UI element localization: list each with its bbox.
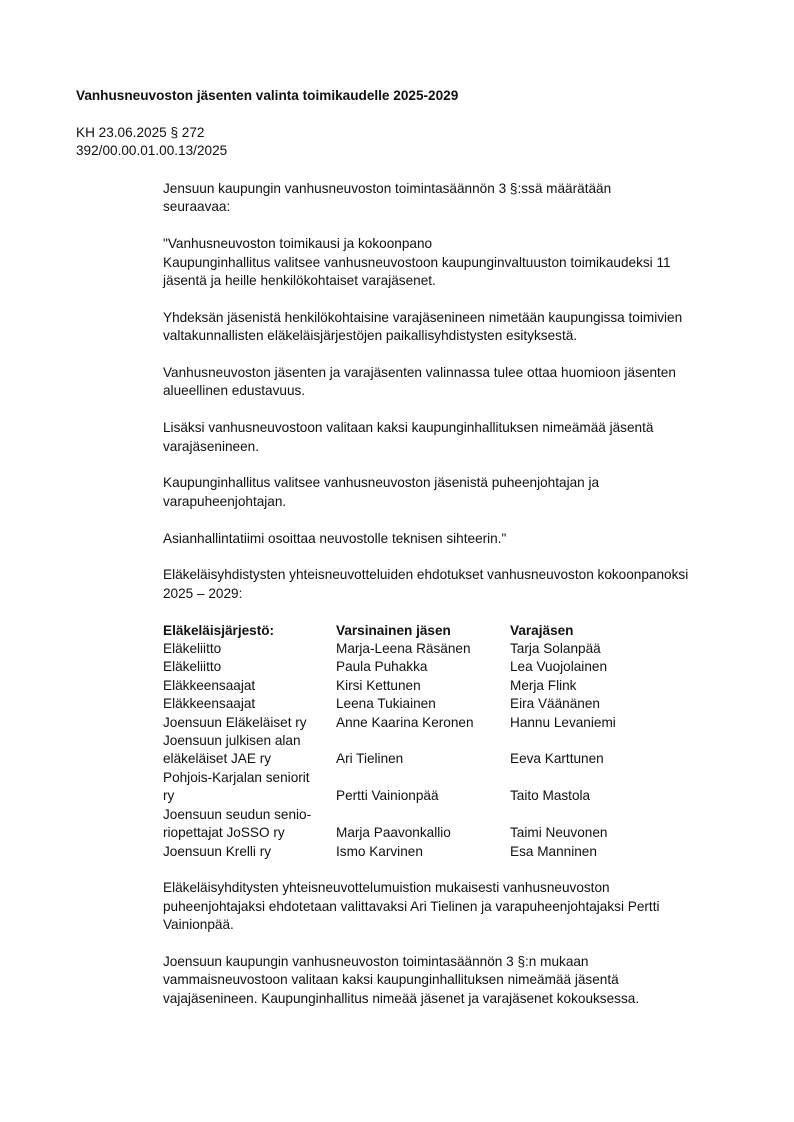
table-row: EläkkeensaajatKirsi KettunenMerja Flink [163,677,738,695]
cell-organization: Eläkkeensaajat [163,677,336,695]
cell-organization: Joensuun julkisen alaneläkeläiset JAE ry [163,732,336,769]
paragraph-line: Lisäksi vanhusneuvostoon valitaan kaksi … [163,419,738,437]
cell-organization: Eläkeliitto [163,640,336,658]
intro-paragraph: Eläkeläisyhdistysten yhteisneuvotteluide… [163,566,738,603]
organization-line: Joensuun Eläkeläiset ry [163,714,336,732]
document-page: Vanhusneuvoston jäsenten valinta toimika… [0,0,794,1122]
table-body: EläkeliittoMarja-Leena RäsänenTarja Sola… [163,640,738,861]
organization-line: eläkeläiset JAE ry [163,750,336,768]
cell-deputy: Taito Mastola [510,787,738,805]
organization-line: Eläkkeensaajat [163,695,336,713]
document-header: Vanhusneuvoston jäsenten valinta toimika… [76,87,736,161]
paragraph-line: Kaupunginhallitus valitsee vanhusneuvost… [163,474,738,492]
intro-paragraph: Vanhusneuvoston jäsenten ja varajäsenten… [163,364,738,401]
paragraph-line: "Vanhusneuvoston toimikausi ja kokoonpan… [163,235,738,253]
paragraph-line: jäsentä ja heille henkilökohtaiset varaj… [163,272,738,290]
cell-deputy: Merja Flink [510,677,738,695]
cell-member: Marja Paavonkallio [336,824,510,842]
cell-organization: Eläkkeensaajat [163,695,336,713]
paragraph-line: Joensuun kaupungin vanhusneuvoston toimi… [163,953,738,971]
table-row: Joensuun julkisen alaneläkeläiset JAE ry… [163,732,738,769]
nominees-table: Eläkeläisjärjestö: Varsinainen jäsen Var… [163,622,738,861]
paragraph-line: seuraavaa: [163,198,738,216]
intro-paragraph: Jensuun kaupungin vanhusneuvoston toimin… [163,180,738,217]
cell-deputy: Lea Vuojolainen [510,658,738,676]
organization-line: Eläkeliitto [163,640,336,658]
paragraph-line: Yhdeksän jäsenistä henkilökohtaisine var… [163,309,738,327]
header-organization: Eläkeläisjärjestö: [163,622,336,640]
paragraph-line: Eläkeläisyhditysten yhteisneuvottelumuis… [163,879,738,897]
paragraph-line: valtakunnallisten eläkeläisjärjestöjen p… [163,327,738,345]
cell-deputy: Eira Väänänen [510,695,738,713]
organization-line: riopettajat JoSSO ry [163,824,336,842]
document-meta: KH 23.06.2025 § 272 392/00.00.01.00.13/2… [76,124,736,161]
cell-deputy: Eeva Karttunen [510,750,738,768]
cell-member: Anne Kaarina Keronen [336,714,510,732]
organization-line: Eläkeliitto [163,658,336,676]
document-body: Jensuun kaupungin vanhusneuvoston toimin… [163,180,738,1027]
cell-organization: Joensuun seudun senio-riopettajat JoSSO … [163,806,336,843]
paragraph-line: vammaisneuvostoon valitaan kaksi kaupung… [163,971,738,989]
organization-line: Eläkkeensaajat [163,677,336,695]
paragraph-line: Vainionpää. [163,916,738,934]
cell-member: Leena Tukiainen [336,695,510,713]
intro-paragraph: Yhdeksän jäsenistä henkilökohtaisine var… [163,309,738,346]
organization-line: Joensuun seudun senio- [163,806,336,824]
cell-member: Kirsi Kettunen [336,677,510,695]
closing-paragraph: Joensuun kaupungin vanhusneuvoston toimi… [163,953,738,1008]
paragraph-line: Vanhusneuvoston jäsenten ja varajäsenten… [163,364,738,382]
intro-paragraph: Lisäksi vanhusneuvostoon valitaan kaksi … [163,419,738,456]
cell-organization: Joensuun Krelli ry [163,843,336,861]
paragraph-line: Kaupunginhallitus valitsee vanhusneuvost… [163,254,738,272]
cell-organization: Pohjois-Karjalan senioritry [163,769,336,806]
paragraph-line: Eläkeläisyhdistysten yhteisneuvotteluide… [163,566,738,584]
cell-deputy: Hannu Levaniemi [510,714,738,732]
intro-paragraph: "Vanhusneuvoston toimikausi ja kokoonpan… [163,235,738,290]
cell-deputy: Taimi Neuvonen [510,824,738,842]
paragraph-line: alueellinen edustavuus. [163,382,738,400]
document-title: Vanhusneuvoston jäsenten valinta toimika… [76,87,736,105]
paragraph-line: varapuheenjohtajan. [163,493,738,511]
cell-member: Ari Tielinen [336,750,510,768]
paragraphs-before-table: Jensuun kaupungin vanhusneuvoston toimin… [163,180,738,603]
paragraph-line: 2025 – 2029: [163,585,738,603]
header-deputy: Varajäsen [510,622,738,640]
table-row: Pohjois-Karjalan senioritryPertti Vainio… [163,769,738,806]
cell-member: Marja-Leena Räsänen [336,640,510,658]
organization-line: Joensuun Krelli ry [163,843,336,861]
organization-line: Joensuun julkisen alan [163,732,336,750]
cell-organization: Eläkeliitto [163,658,336,676]
paragraph-line: Jensuun kaupungin vanhusneuvoston toimin… [163,180,738,198]
paragraph-line: vajajäsenineen. Kaupunginhallitus nimeää… [163,990,738,1008]
closing-paragraph: Eläkeläisyhditysten yhteisneuvottelumuis… [163,879,738,934]
table-row: Joensuun Eläkeläiset ryAnne Kaarina Kero… [163,714,738,732]
cell-member: Ismo Karvinen [336,843,510,861]
intro-paragraph: Kaupunginhallitus valitsee vanhusneuvost… [163,474,738,511]
cell-member: Paula Puhakka [336,658,510,676]
meeting-reference: KH 23.06.2025 § 272 [76,124,736,142]
cell-organization: Joensuun Eläkeläiset ry [163,714,336,732]
cell-member: Pertti Vainionpää [336,787,510,805]
cell-deputy: Esa Manninen [510,843,738,861]
table-row: EläkeliittoPaula PuhakkaLea Vuojolainen [163,658,738,676]
table-row: EläkkeensaajatLeena TukiainenEira Väänän… [163,695,738,713]
record-id: 392/00.00.01.00.13/2025 [76,142,736,160]
paragraphs-after-table: Eläkeläisyhditysten yhteisneuvottelumuis… [163,879,738,1008]
header-member: Varsinainen jäsen [336,622,510,640]
table-header-row: Eläkeläisjärjestö: Varsinainen jäsen Var… [163,622,738,640]
paragraph-line: Asianhallintatiimi osoittaa neuvostolle … [163,530,738,548]
organization-line: ry [163,787,336,805]
intro-paragraph: Asianhallintatiimi osoittaa neuvostolle … [163,530,738,548]
table-row: Joensuun Krelli ryIsmo KarvinenEsa Manni… [163,843,738,861]
paragraph-line: puheenjohtajaksi ehdotetaan valittavaksi… [163,898,738,916]
table-row: EläkeliittoMarja-Leena RäsänenTarja Sola… [163,640,738,658]
cell-deputy: Tarja Solanpää [510,640,738,658]
table-row: Joensuun seudun senio-riopettajat JoSSO … [163,806,738,843]
paragraph-line: varajäsenineen. [163,438,738,456]
organization-line: Pohjois-Karjalan seniorit [163,769,336,787]
